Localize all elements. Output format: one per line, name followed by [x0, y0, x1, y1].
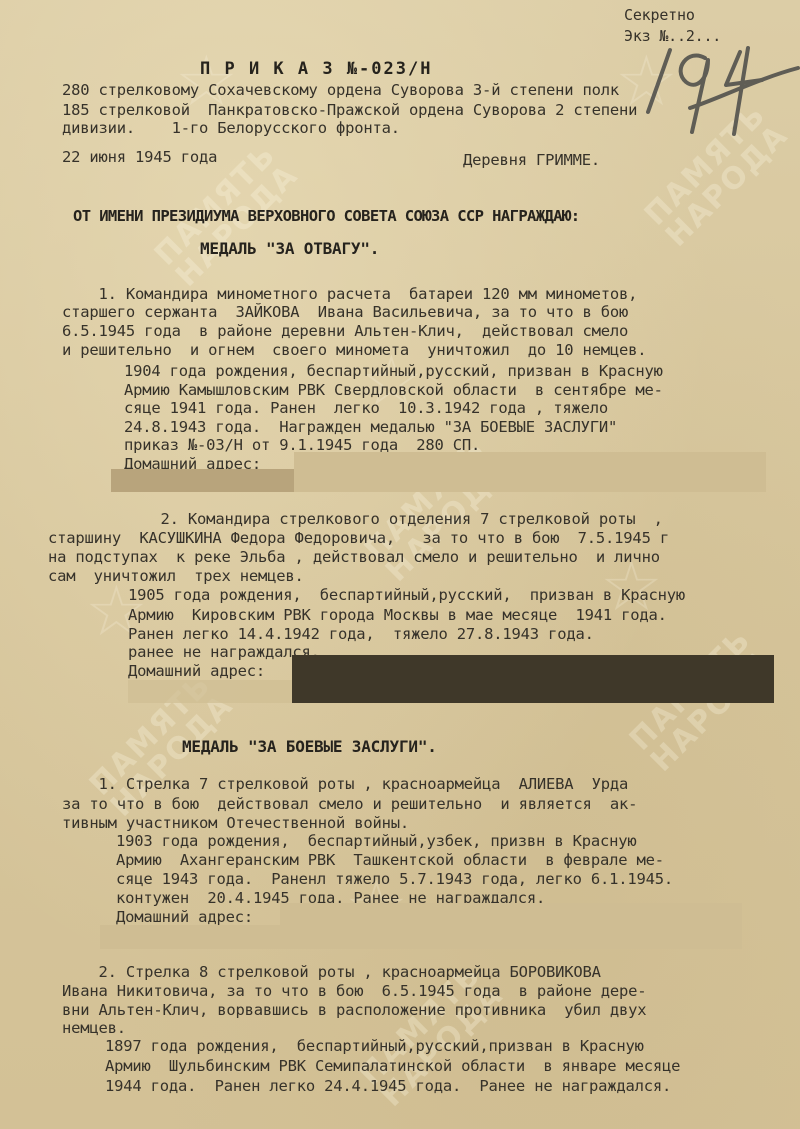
bio-line: 24.8.1943 года. Награжден медалью "ЗА БО…: [124, 418, 617, 436]
handwritten-page-number: [630, 30, 800, 140]
bio-line: Армию Шульбинским РВК Семипалатинской об…: [105, 1057, 680, 1075]
home-address-label: Домашний адрес:: [128, 662, 265, 680]
medal-heading: МЕДАЛЬ "ЗА ОТВАГУ".: [200, 240, 379, 258]
order-title: П Р И К А З №-023/Н: [200, 60, 432, 78]
entry-text-line: старшину КАСУШКИНА Федора Федоровича, за…: [48, 529, 669, 547]
home-address-label: Домашний адрес:: [116, 908, 253, 926]
redacted-address: [292, 655, 774, 703]
bio-line: 1904 года рождения, беспартийный,русский…: [124, 362, 663, 380]
entry-text-line: на подступах к реке Эльба , действовал с…: [48, 548, 660, 566]
order-place: Деревня ГРИММЕ.: [463, 151, 600, 169]
entry-text-line: тивным участником Отечественной войны.: [62, 814, 409, 832]
bio-line: ранее не награждался.: [128, 643, 320, 661]
bio-line: Ранен легко 14.4.1942 года, тяжело 27.8.…: [128, 625, 594, 643]
bio-line: 1905 года рождения, беспартийный,русский…: [128, 586, 685, 604]
entry-text-line: 1. Стрелка 7 стрелковой роты , красноарм…: [62, 775, 628, 793]
bio-line: 1903 года рождения, беспартийный,узбек, …: [116, 832, 637, 850]
entry-text-line: Ивана Никитовича, за то что в бою 6.5.19…: [62, 982, 646, 1000]
bio-line: Армию Камышловским РВК Свердловской обла…: [124, 381, 663, 399]
entry-text-line: 2. Командира стрелкового отделения 7 стр…: [124, 510, 663, 528]
bio-line: 1897 года рождения, беспартийный,русский…: [105, 1037, 644, 1055]
redacted-address: [280, 903, 742, 949]
bio-line: сяце 1941 года. Ранен легко 10.3.1942 го…: [124, 399, 608, 417]
secret-stamp: Секретно: [624, 6, 695, 24]
watermark: ПАМЯТЬНАРОДА: [640, 98, 794, 252]
entry-text-line: 1. Командира минометного расчета батареи…: [62, 285, 637, 303]
entry-text-line: за то что в бою действовал смело и решит…: [62, 795, 637, 813]
entry-text-line: старшего сержанта ЗАЙКОВА Ивана Васильев…: [62, 303, 628, 321]
preamble: ОТ ИМЕНИ ПРЕЗИДИУМА ВЕРХОВНОГО СОВЕТА СО…: [73, 207, 579, 225]
bio-line: 1944 года. Ранен легко 24.4.1945 года. Р…: [105, 1077, 671, 1095]
bio-line: сяце 1943 года. Раненл тяжело 5.7.1943 г…: [116, 870, 673, 888]
redacted-address: [128, 680, 292, 703]
redacted-address: [100, 925, 280, 949]
entry-text-line: немцев.: [62, 1019, 126, 1037]
copy-number: Экз №..2...: [624, 27, 721, 45]
order-date: 22 июня 1945 года: [62, 148, 217, 166]
unit-line-3: дивизии. 1-го Белорусского фронта.: [62, 119, 400, 137]
bio-line: Армию Ахангеранским РВК Ташкентской обла…: [116, 851, 664, 869]
unit-line-2: 185 стрелковой Панкратовско-Пражской орд…: [62, 101, 637, 119]
medal-heading: МЕДАЛЬ "ЗА БОЕВЫЕ ЗАСЛУГИ".: [182, 738, 437, 756]
entry-text-line: и решительно и огнем своего миномета уни…: [62, 341, 646, 359]
redacted-address: [294, 452, 766, 492]
entry-text-line: сам уничтожил трех немцев.: [48, 567, 304, 585]
redacted-address: [111, 469, 294, 492]
unit-line-1: 280 стрелковому Сохачевскому ордена Суво…: [62, 81, 619, 99]
entry-text-line: вни Альтен-Клич, ворвавшись в расположен…: [62, 1001, 646, 1019]
entry-text-line: 6.5.1945 года в районе деревни Альтен-Кл…: [62, 322, 628, 340]
bio-line: Армию Кировским РВК города Москвы в мае …: [128, 606, 667, 624]
entry-text-line: 2. Стрелка 8 стрелковой роты , красноарм…: [62, 963, 601, 981]
